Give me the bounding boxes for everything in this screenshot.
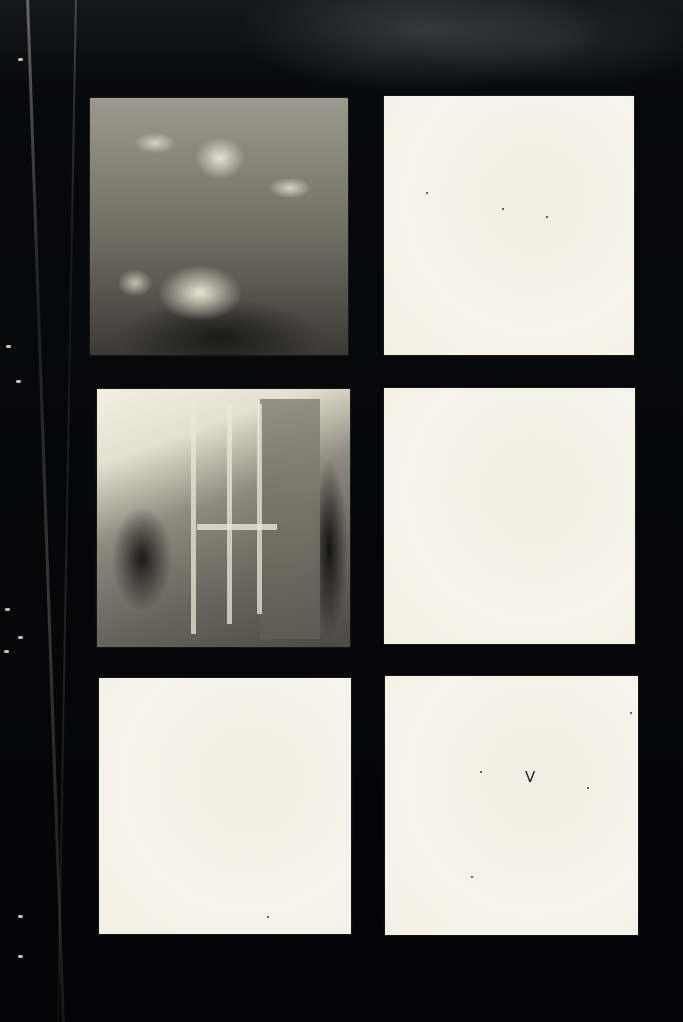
ladder-rail (191, 404, 196, 634)
dust-speck (587, 787, 589, 789)
contact-sheet: V (0, 0, 683, 1022)
frame-blank (384, 388, 635, 644)
frame-blank (384, 96, 634, 355)
dust-speck (267, 916, 269, 918)
pencil-mark: V (525, 768, 535, 786)
dust-speck (471, 876, 473, 878)
frame-ladder-and-wall (97, 389, 350, 647)
dust-speck (426, 192, 428, 194)
frame-blank: V (385, 676, 638, 935)
dust-fleck (16, 380, 21, 383)
ladder-rung (197, 524, 277, 530)
frame-blank (99, 678, 351, 934)
ladder-rail (257, 404, 262, 614)
dust-speck (546, 216, 548, 218)
building-wall (260, 399, 320, 639)
dust-speck (502, 208, 504, 210)
dust-fleck (6, 345, 11, 348)
dust-fleck (18, 955, 23, 958)
dust-fleck (18, 915, 23, 918)
dust-speck (480, 771, 482, 773)
dust-fleck (5, 608, 10, 611)
frame-drums-and-guitars (90, 98, 348, 355)
dust-fleck (4, 650, 9, 653)
dust-fleck (18, 636, 23, 639)
film-edge-scratch (57, 0, 77, 1022)
dust-speck (630, 712, 632, 714)
dust-fleck (18, 58, 23, 61)
ladder-rail (227, 404, 232, 624)
